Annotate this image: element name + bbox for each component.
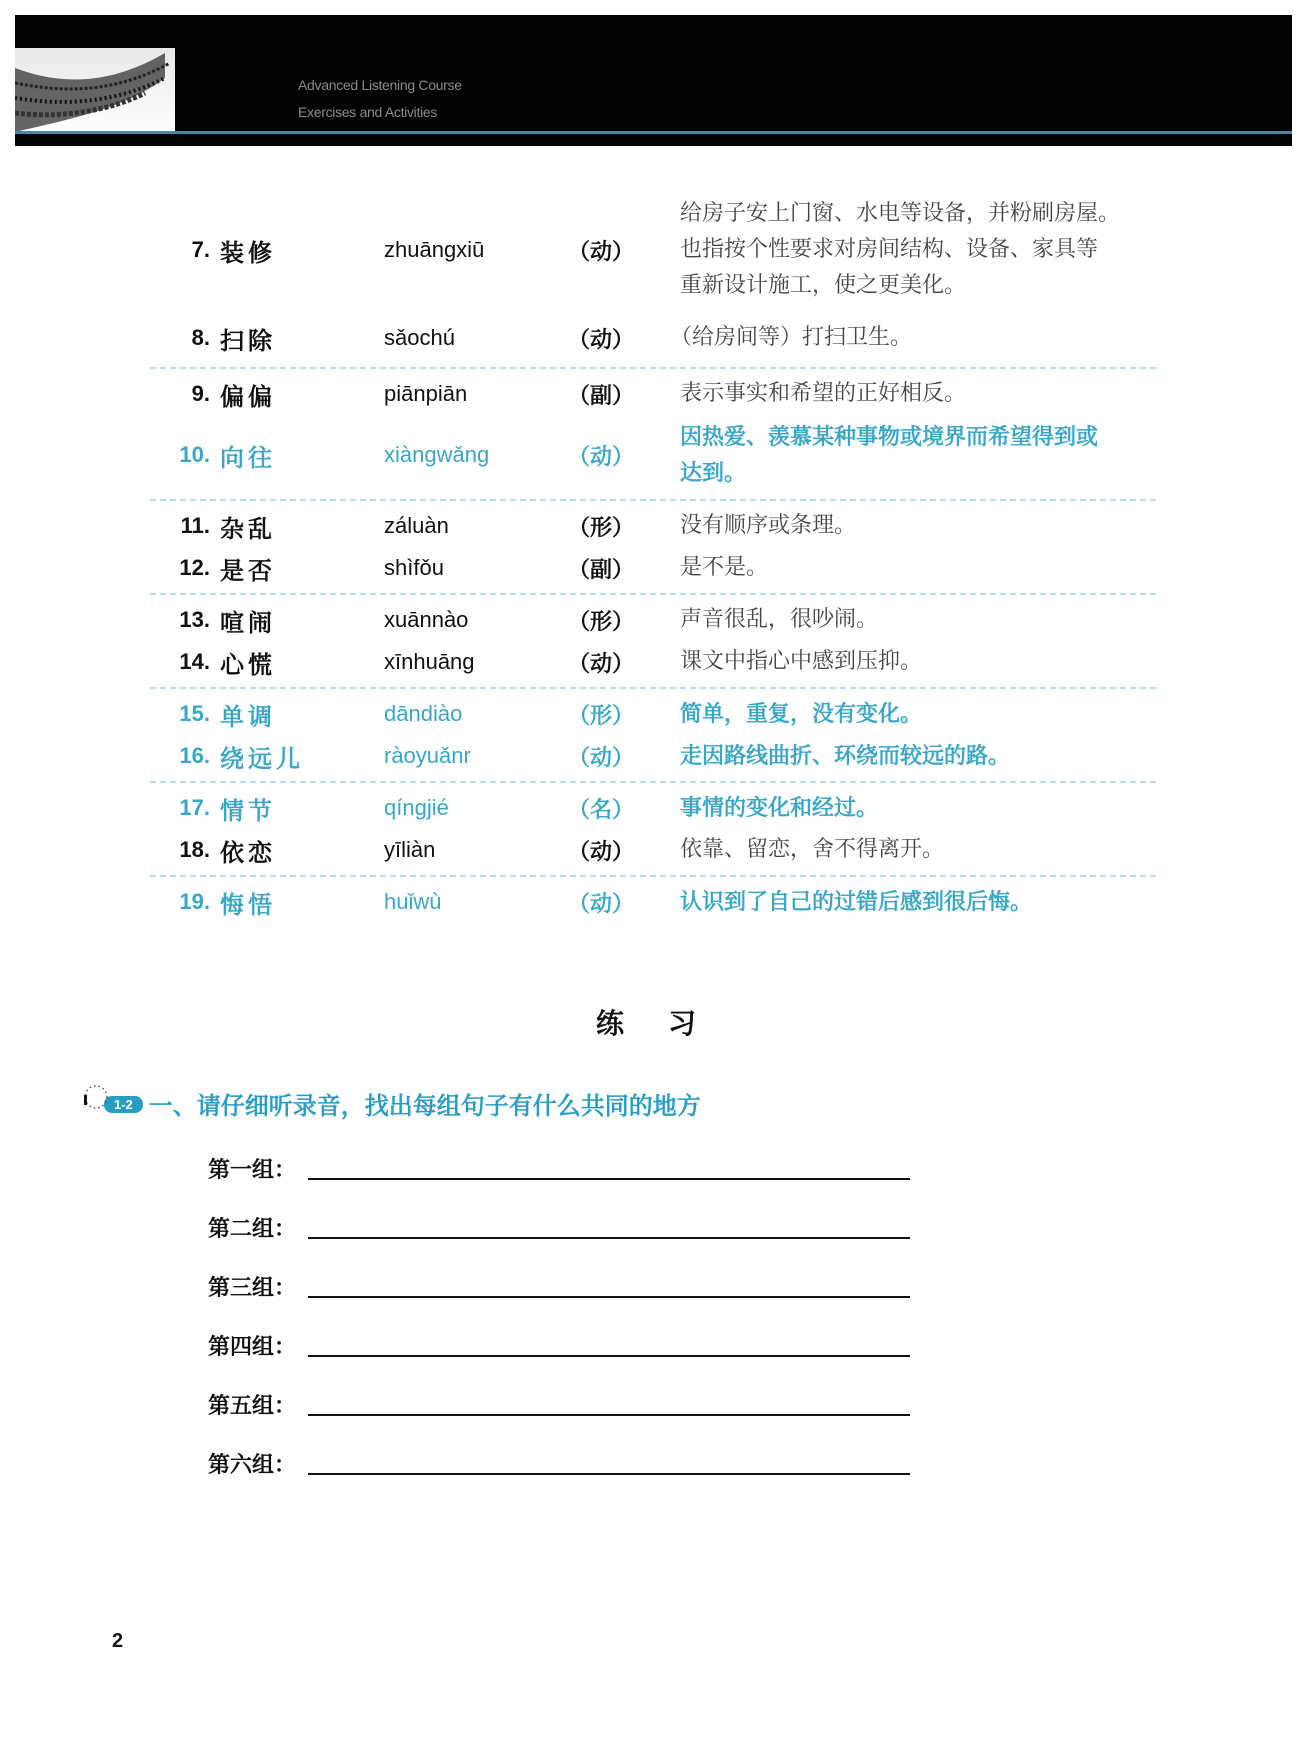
definition-line: 因热爱、羡慕某种事物或境界而希望得到或 bbox=[680, 419, 1156, 455]
vocab-row: 8. 扫除 sǎochú （动） （给房间等）打扫卫生。 bbox=[150, 313, 1156, 363]
course-title: Advanced Listening Course bbox=[298, 77, 462, 93]
vocab-pos: （形） bbox=[568, 605, 680, 636]
vocab-word: 向往 bbox=[220, 438, 384, 473]
vocab-number: 16. bbox=[150, 743, 220, 769]
answer-blank-line[interactable] bbox=[308, 1237, 910, 1239]
vocab-pos: （动） bbox=[568, 235, 680, 266]
definition-line: 重新设计施工，使之更美化。 bbox=[680, 268, 1156, 304]
vocab-pinyin: xīnhuāng bbox=[384, 649, 568, 675]
vocab-definition: 表示事实和希望的正好相反。 bbox=[680, 376, 1156, 412]
vocab-word: 心慌 bbox=[220, 645, 384, 680]
vocab-number: 18. bbox=[150, 837, 220, 863]
vocab-number: 13. bbox=[150, 607, 220, 633]
group-label: 第三组： bbox=[208, 1271, 308, 1302]
definition-line: 简单，重复，没有变化。 bbox=[680, 696, 1156, 732]
vocab-row-highlighted: 15. 单调 dāndiào （形） 简单，重复，没有变化。 bbox=[150, 693, 1156, 735]
vocab-definition: （给房间等）打扫卫生。 bbox=[670, 320, 1156, 356]
vocab-definition: 给房子安上门窗、水电等设备，并粉刷房屋。 也指按个性要求对房间结构、设备、家具等… bbox=[680, 196, 1156, 304]
vocab-row: 18. 依恋 yīliàn （动） 依靠、留恋，舍不得离开。 bbox=[150, 829, 1156, 871]
vocab-row: 12. 是否 shìfǒu （副） 是不是。 bbox=[150, 547, 1156, 589]
answer-groups: 第一组： 第二组： 第三组： 第四组： 第五组： 第六组： bbox=[208, 1125, 910, 1479]
definition-line: 认识到了自己的过错后感到很后悔。 bbox=[680, 884, 1156, 920]
definition-line: 走因路线曲折、环绕而较远的路。 bbox=[680, 738, 1156, 774]
definition-line: 依靠、留恋，舍不得离开。 bbox=[680, 832, 1156, 868]
row-divider bbox=[150, 781, 1156, 783]
vocab-number: 10. bbox=[150, 442, 220, 468]
vocab-pinyin: qíngjié bbox=[384, 795, 568, 821]
answer-blank-line[interactable] bbox=[308, 1414, 910, 1416]
exercise-instruction: 一、请仔细听录音，找出每组句子有什么共同的地方 bbox=[149, 1086, 701, 1121]
vocab-definition: 课文中指心中感到压抑。 bbox=[680, 644, 1156, 680]
vocab-pinyin: yīliàn bbox=[384, 837, 568, 863]
page-number: 2 bbox=[112, 1630, 123, 1653]
vocab-word: 扫除 bbox=[220, 321, 384, 356]
vocab-pos: （副） bbox=[568, 379, 680, 410]
vocab-pos: （形） bbox=[568, 699, 680, 730]
definition-line: 是不是。 bbox=[680, 550, 1156, 586]
vocab-number: 15. bbox=[150, 701, 220, 727]
vocab-row-highlighted: 17. 情节 qíngjié （名） 事情的变化和经过。 bbox=[150, 787, 1156, 829]
audio-track-icon[interactable] bbox=[82, 1077, 110, 1117]
vocab-word: 单调 bbox=[220, 697, 384, 732]
vocab-word: 悔悟 bbox=[220, 885, 384, 920]
vocab-pinyin: xiàngwǎng bbox=[384, 442, 568, 468]
decorative-roof-image bbox=[15, 48, 175, 132]
vocab-pinyin: dāndiào bbox=[384, 701, 568, 727]
vocab-word: 绕远儿 bbox=[220, 739, 384, 774]
vocab-pinyin: zhuāngxiū bbox=[384, 237, 568, 263]
answer-group-6: 第六组： bbox=[208, 1420, 910, 1479]
group-label: 第四组： bbox=[208, 1330, 308, 1361]
vocab-pos: （动） bbox=[568, 741, 680, 772]
row-divider bbox=[150, 499, 1156, 501]
definition-line: 声音很乱，很吵闹。 bbox=[680, 602, 1156, 638]
vocab-definition: 声音很乱，很吵闹。 bbox=[680, 602, 1156, 638]
vocab-word: 依恋 bbox=[220, 833, 384, 868]
group-label: 第六组： bbox=[208, 1448, 308, 1479]
page-header-banner: Advanced Listening Course Exercises and … bbox=[15, 15, 1292, 146]
header-accent-rule bbox=[15, 131, 1292, 134]
vocab-number: 12. bbox=[150, 555, 220, 581]
vocab-word: 偏偏 bbox=[220, 377, 384, 412]
vocab-pos: （动） bbox=[568, 323, 680, 354]
answer-group-5: 第五组： bbox=[208, 1361, 910, 1420]
vocab-row-highlighted: 19. 悔悟 huǐwù （动） 认识到了自己的过错后感到很后悔。 bbox=[150, 881, 1156, 923]
vocab-row-highlighted: 16. 绕远儿 ràoyuǎnr （动） 走因路线曲折、环绕而较远的路。 bbox=[150, 735, 1156, 777]
vocab-pos: （副） bbox=[568, 553, 680, 584]
answer-blank-line[interactable] bbox=[308, 1355, 910, 1357]
vocab-pos: （动） bbox=[568, 440, 680, 471]
vocab-pinyin: sǎochú bbox=[384, 325, 568, 351]
vocab-pinyin: záluàn bbox=[384, 513, 568, 539]
vocab-pos: （动） bbox=[568, 835, 680, 866]
vocab-definition: 认识到了自己的过错后感到很后悔。 bbox=[680, 884, 1156, 920]
vocab-pos: （名） bbox=[568, 793, 680, 824]
vocab-number: 14. bbox=[150, 649, 220, 675]
answer-blank-line[interactable] bbox=[308, 1178, 910, 1180]
definition-line: 没有顺序或条理。 bbox=[680, 508, 1156, 544]
vocab-number: 11. bbox=[150, 513, 220, 539]
answer-group-4: 第四组： bbox=[208, 1302, 910, 1361]
vocab-definition: 简单，重复，没有变化。 bbox=[680, 696, 1156, 732]
vocab-definition: 走因路线曲折、环绕而较远的路。 bbox=[680, 738, 1156, 774]
exercise-1-heading: 1-2 一、请仔细听录音，找出每组句子有什么共同的地方 bbox=[82, 1072, 701, 1121]
vocab-number: 17. bbox=[150, 795, 220, 821]
vocab-row: 14. 心慌 xīnhuāng （动） 课文中指心中感到压抑。 bbox=[150, 641, 1156, 683]
group-label: 第五组： bbox=[208, 1389, 308, 1420]
definition-line: 给房子安上门窗、水电等设备，并粉刷房屋。 bbox=[680, 196, 1156, 232]
group-label: 第一组： bbox=[208, 1153, 308, 1184]
vocab-pinyin: shìfǒu bbox=[384, 555, 568, 581]
definition-line: 表示事实和希望的正好相反。 bbox=[680, 376, 1156, 412]
vocab-word: 喧闹 bbox=[220, 603, 384, 638]
vocab-number: 19. bbox=[150, 889, 220, 915]
vocab-word: 情节 bbox=[220, 791, 384, 826]
row-divider bbox=[150, 687, 1156, 689]
vocab-row: 11. 杂乱 záluàn （形） 没有顺序或条理。 bbox=[150, 505, 1156, 547]
vocab-definition: 事情的变化和经过。 bbox=[680, 790, 1156, 826]
definition-line: 达到。 bbox=[680, 455, 1156, 491]
definition-line: （给房间等）打扫卫生。 bbox=[670, 320, 1156, 356]
vocab-pos: （动） bbox=[568, 647, 680, 678]
vocab-pos: （形） bbox=[568, 511, 680, 542]
vocab-word: 杂乱 bbox=[220, 509, 384, 544]
definition-line: 也指按个性要求对房间结构、设备、家具等 bbox=[680, 232, 1156, 268]
course-subtitle: Exercises and Activities bbox=[298, 104, 437, 120]
vocabulary-list: 7. 装修 zhuāngxiū （动） 给房子安上门窗、水电等设备，并粉刷房屋。… bbox=[150, 195, 1156, 923]
vocab-number: 8. bbox=[150, 325, 220, 351]
vocab-row: 7. 装修 zhuāngxiū （动） 给房子安上门窗、水电等设备，并粉刷房屋。… bbox=[150, 195, 1156, 305]
vocab-definition: 依靠、留恋，舍不得离开。 bbox=[680, 832, 1156, 868]
vocab-pinyin: huǐwù bbox=[384, 889, 568, 915]
definition-line: 事情的变化和经过。 bbox=[680, 790, 1156, 826]
vocab-pinyin: ràoyuǎnr bbox=[384, 743, 568, 769]
vocab-pinyin: piānpiān bbox=[384, 381, 568, 407]
answer-blank-line[interactable] bbox=[308, 1473, 910, 1475]
vocab-pinyin: xuānnào bbox=[384, 607, 568, 633]
vocab-row: 9. 偏偏 piānpiān （副） 表示事实和希望的正好相反。 bbox=[150, 373, 1156, 415]
definition-line: 课文中指心中感到压抑。 bbox=[680, 644, 1156, 680]
row-divider bbox=[150, 593, 1156, 595]
answer-blank-line[interactable] bbox=[308, 1296, 910, 1298]
vocab-definition: 没有顺序或条理。 bbox=[680, 508, 1156, 544]
vocab-number: 7. bbox=[150, 237, 220, 263]
vocab-number: 9. bbox=[150, 381, 220, 407]
vocab-row: 13. 喧闹 xuānnào （形） 声音很乱，很吵闹。 bbox=[150, 599, 1156, 641]
answer-group-3: 第三组： bbox=[208, 1243, 910, 1302]
vocab-row-highlighted: 10. 向往 xiàngwǎng （动） 因热爱、羡慕某种事物或境界而希望得到或… bbox=[150, 415, 1156, 495]
vocab-definition: 因热爱、羡慕某种事物或境界而希望得到或 达到。 bbox=[680, 419, 1156, 491]
answer-group-2: 第二组： bbox=[208, 1184, 910, 1243]
row-divider bbox=[150, 875, 1156, 877]
group-label: 第二组： bbox=[208, 1212, 308, 1243]
answer-group-1: 第一组： bbox=[208, 1125, 910, 1184]
vocab-word: 装修 bbox=[220, 233, 384, 268]
vocab-pos: （动） bbox=[568, 887, 680, 918]
row-divider bbox=[150, 367, 1156, 369]
vocab-definition: 是不是。 bbox=[680, 550, 1156, 586]
exercises-title: 练习 bbox=[596, 1002, 740, 1042]
vocab-word: 是否 bbox=[220, 551, 384, 586]
